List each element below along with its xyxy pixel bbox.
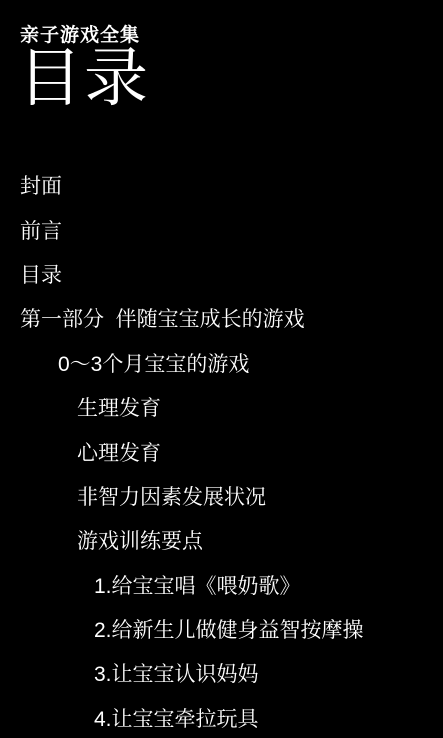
toc-item[interactable]: 非智力因素发展状况 bbox=[0, 474, 443, 518]
ebook-toc-page: 亲子游戏全集 目录 封面 前言 目录 第一部分 伴随宝宝成长的游戏 0～3个月宝… bbox=[0, 0, 443, 738]
toc-item[interactable]: 游戏训练要点 bbox=[0, 518, 443, 562]
toc-item[interactable]: 4.让宝宝牵拉玩具 bbox=[0, 696, 443, 738]
toc-item[interactable]: 1.给宝宝唱《喂奶歌》 bbox=[0, 563, 443, 607]
toc-item[interactable]: 心理发育 bbox=[0, 429, 443, 473]
toc-item[interactable]: 3.让宝宝认识妈妈 bbox=[0, 651, 443, 695]
toc-list: 封面 前言 目录 第一部分 伴随宝宝成长的游戏 0～3个月宝宝的游戏 生理发育 … bbox=[0, 163, 443, 738]
toc-item[interactable]: 0～3个月宝宝的游戏 bbox=[0, 341, 443, 385]
page-title: 目录 bbox=[18, 44, 150, 113]
toc-item[interactable]: 前言 bbox=[0, 207, 443, 251]
toc-item[interactable]: 生理发育 bbox=[0, 385, 443, 429]
toc-item[interactable]: 封面 bbox=[0, 163, 443, 207]
toc-item[interactable]: 第一部分 伴随宝宝成长的游戏 bbox=[0, 296, 443, 340]
toc-item[interactable]: 目录 bbox=[0, 252, 443, 296]
toc-item[interactable]: 2.给新生儿做健身益智按摩操 bbox=[0, 607, 443, 651]
